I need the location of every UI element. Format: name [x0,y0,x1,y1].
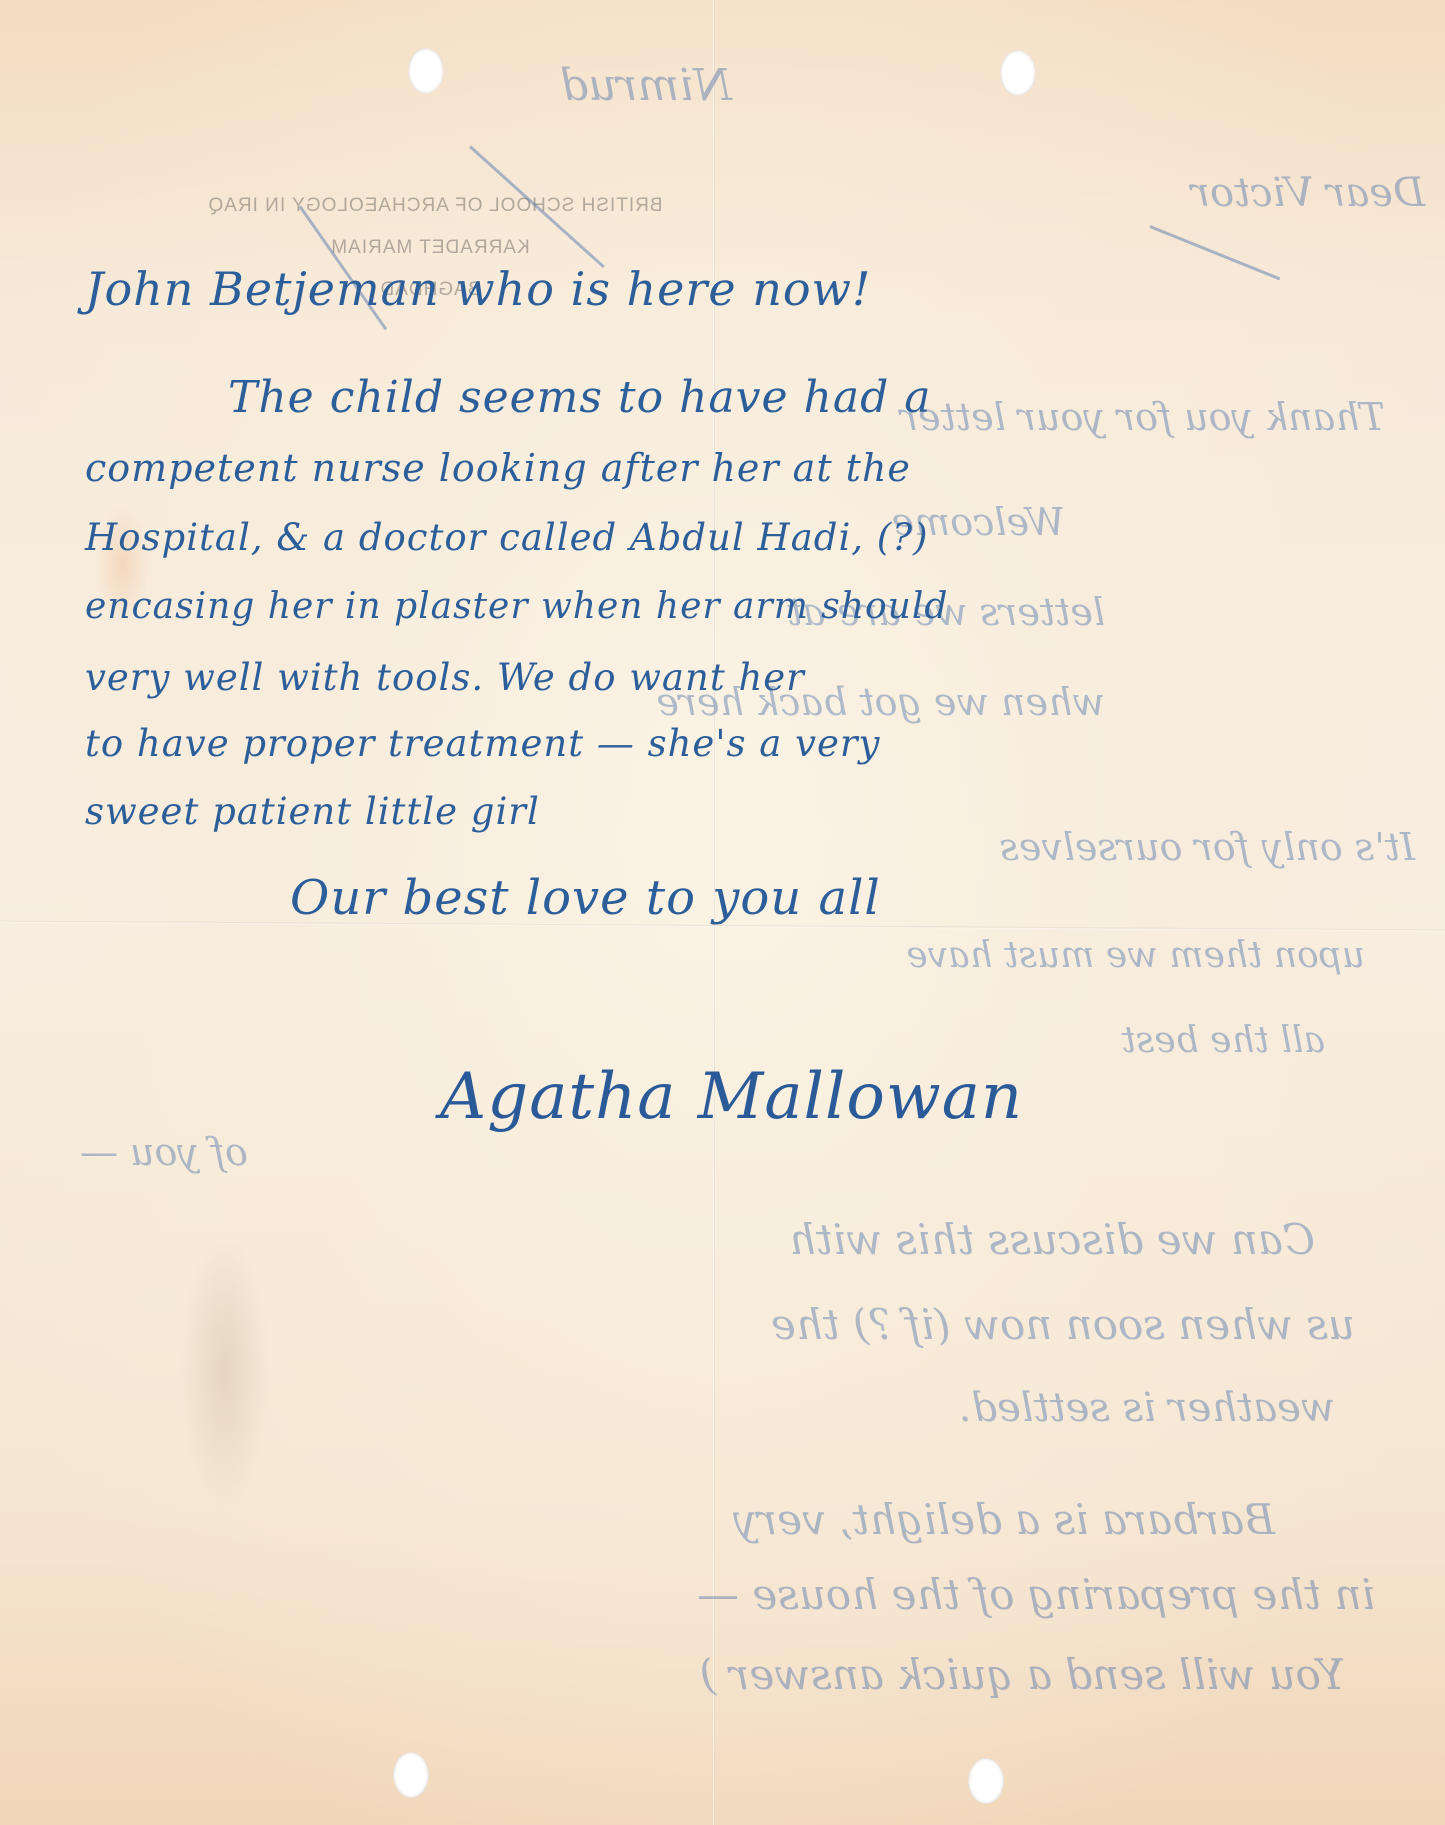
letter-line-3: competent nurse looking after her at the [85,446,911,490]
ghost-line: It's only for ourselves [999,825,1415,869]
letter-line-4: Hospital, & a doctor called Abdul Hadi, … [85,516,929,559]
letter-line-8: sweet patient little girl [85,790,540,833]
ghost-line: of you — [80,1130,248,1174]
ghost-line: Can we discuss this with [789,1215,1315,1264]
ghost-line: Dear Victor [1191,170,1425,216]
letter-page: BRITISH SCHOOL OF ARCHAEOLOGY IN IRAQ KA… [0,0,1445,1825]
ghost-line: in the preparing of the house — [697,1570,1375,1619]
letter-line-1: John Betjeman who is here now! [85,262,871,316]
ghost-line: upon them we must have [906,935,1365,976]
letter-signature: Agatha Mallowan [440,1060,1023,1134]
letter-line-6: very well with tools. We do want her [85,656,805,699]
ghost-line: You will send a quick answer ) [700,1650,1345,1699]
ghost-line: us when soon now (if ?) the [771,1300,1355,1349]
letter-line-7: to have proper treatment — she's a very [85,722,880,765]
ghost-line: all the best [1121,1020,1325,1061]
letter-line-2: The child seems to have had a [228,372,932,423]
ghost-line: Thank you for your letter [900,395,1385,439]
ghost-line: Barbara is a delight, very [733,1495,1275,1544]
letter-line-5: encasing her in plaster when her arm sho… [85,586,948,627]
ghost-line: weather is settled. [959,1385,1335,1431]
letter-closing: Our best love to you all [290,870,881,926]
ghost-line: Nimrud [560,60,732,111]
